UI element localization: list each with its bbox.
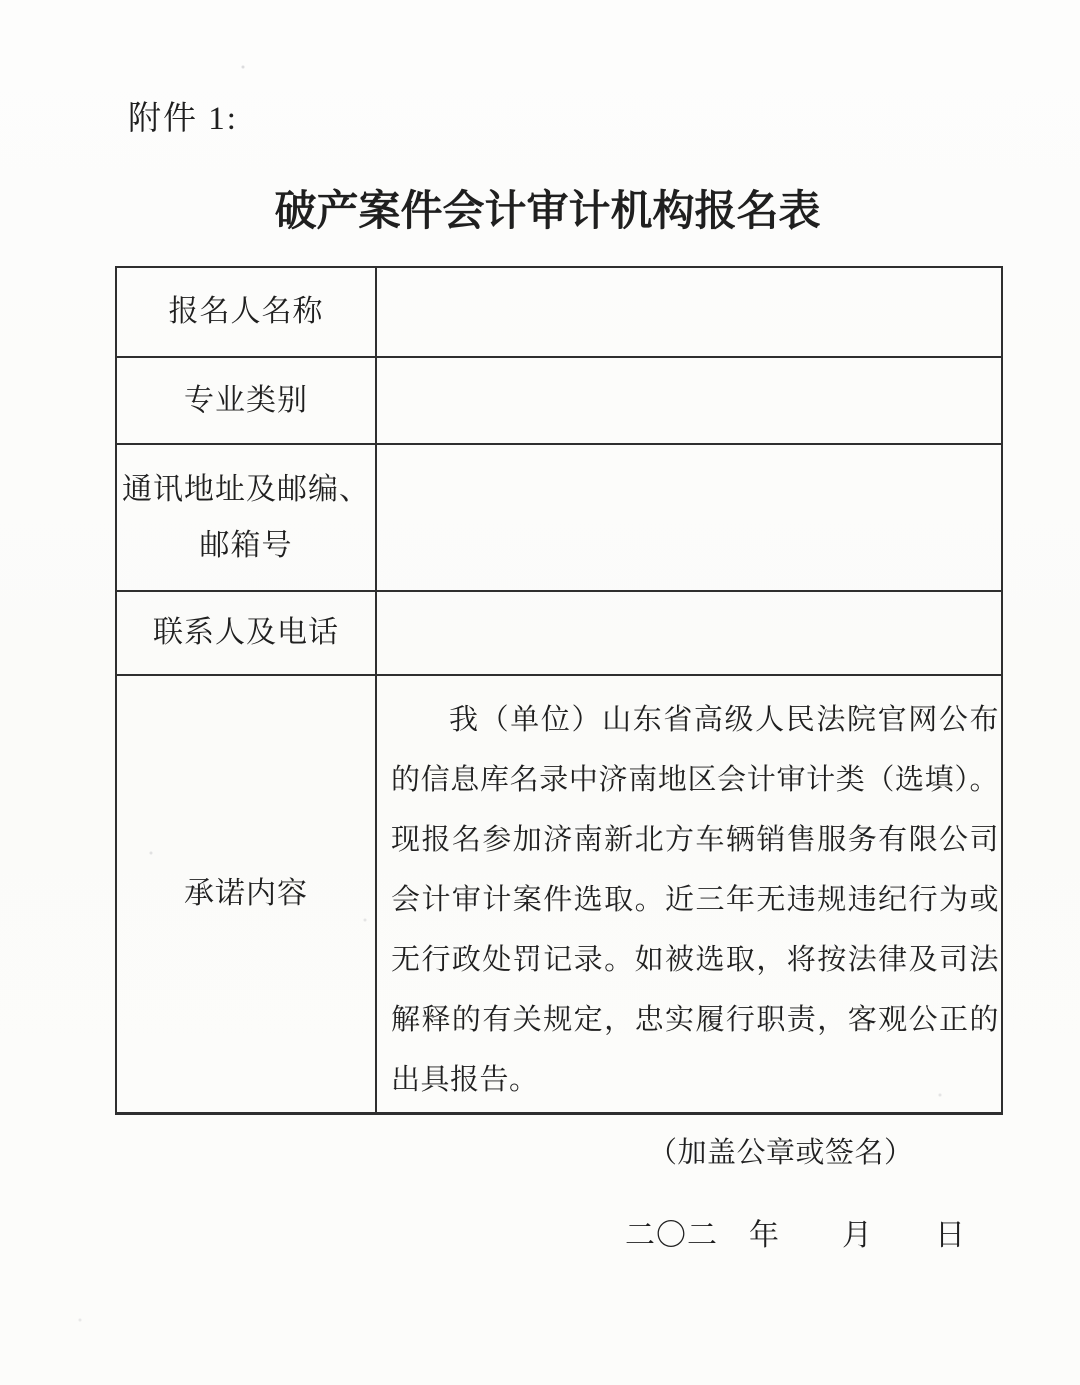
contact-phone-label: 联系人及电话 xyxy=(117,592,377,674)
table-row-contact-phone: 联系人及电话 xyxy=(117,590,1001,674)
table-row-professional-category: 专业类别 xyxy=(117,356,1001,443)
commitment-paragraph: 我（单位）山东省高级人民法院官网公布的信息库名录中济南地区会计审计类（选填）。现… xyxy=(377,676,1001,1110)
address-postcode-email-value-cell xyxy=(377,445,1001,590)
table-row-address-postcode-email: 通讯地址及邮编、邮箱号 xyxy=(117,443,1001,590)
address-postcode-email-label: 通讯地址及邮编、邮箱号 xyxy=(117,445,377,590)
form-title: 破产案件会计审计机构报名表 xyxy=(0,178,1080,238)
professional-category-value-cell xyxy=(377,358,1001,443)
table-row-applicant-name: 报名人名称 xyxy=(117,268,1001,356)
applicant-name-value-cell xyxy=(377,268,1001,356)
date-line: 二〇二 年 月 日 xyxy=(625,1210,966,1254)
applicant-name-label: 报名人名称 xyxy=(117,268,377,356)
contact-phone-value-cell xyxy=(377,592,1001,674)
scanned-document-page: 附件 1: 破产案件会计审计机构报名表 报名人名称 专业类别 通讯地址及邮编、邮… xyxy=(0,0,1080,1385)
professional-category-label: 专业类别 xyxy=(117,358,377,443)
commitment-value-cell: 我（单位）山东省高级人民法院官网公布的信息库名录中济南地区会计审计类（选填）。现… xyxy=(377,676,1001,1112)
table-row-commitment: 承诺内容 我（单位）山东省高级人民法院官网公布的信息库名录中济南地区会计审计类（… xyxy=(117,674,1001,1112)
registration-form-table: 报名人名称 专业类别 通讯地址及邮编、邮箱号 联系人及电话 承诺内容 我（单位）… xyxy=(115,266,1003,1115)
seal-or-signature-note: （加盖公章或签名） xyxy=(648,1130,914,1171)
commitment-label: 承诺内容 xyxy=(117,676,377,1112)
attachment-label: 附件 1: xyxy=(128,92,238,139)
